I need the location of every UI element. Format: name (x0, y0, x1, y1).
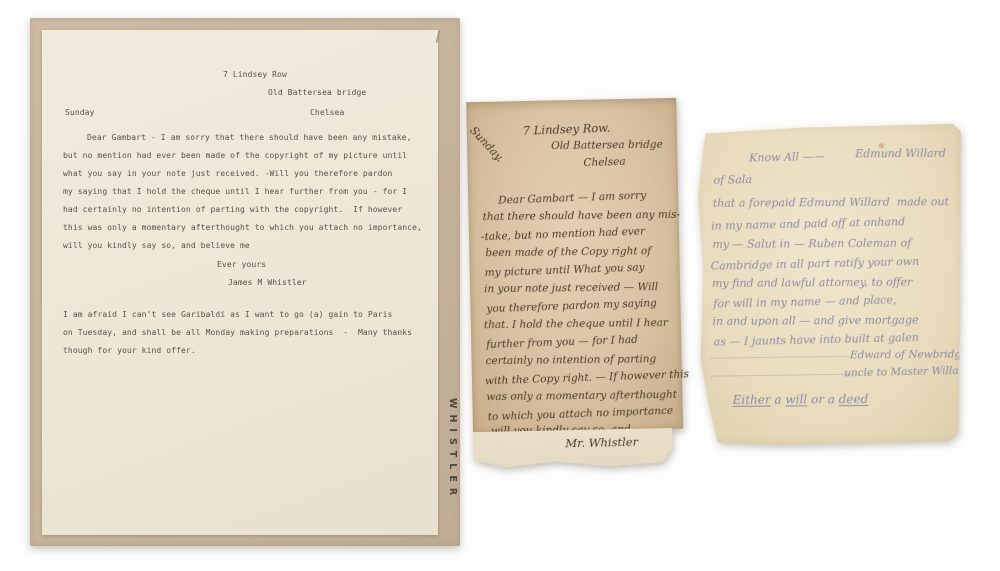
attorney-body-line: in and upon all — and give mortgage (712, 313, 918, 327)
manuscript-body-line: further from you — for I had (486, 334, 638, 351)
typed-transcript-page: 7 Lindsey Row Old Battersea bridge Sunda… (42, 30, 438, 535)
attorney-footer-text: a (771, 393, 786, 407)
typed-postscript-line: I am afraid I can't see Garibaldi as I w… (63, 310, 392, 319)
manuscript-body-line: in your note just received — Will (484, 281, 658, 295)
attorney-body-line: as — I jaunts have into built at galen (714, 331, 919, 349)
attorney-body-line: for will in my name — and place, (713, 293, 896, 310)
attorney-footer-word: Either (733, 393, 771, 407)
manuscript-address-line: Chelsea (583, 156, 626, 169)
manuscript-signature: Mr. Whistler (565, 435, 638, 451)
attorney-footer: Either a will or a deed (733, 392, 869, 407)
manuscript-body-line: -take, but no mention had ever (481, 225, 645, 243)
attorney-body-line: Cambridge in all part ratify your own (711, 255, 920, 273)
attorney-note-page: Know All —— Edmund Willard of Sala that … (695, 122, 965, 446)
attorney-signature-line: Edward of Newbridge, (850, 348, 971, 361)
manuscript-body-line: Dear Gambart — I am sorry (498, 189, 646, 206)
typed-address-line: 7 Lindsey Row (223, 70, 287, 79)
typed-closing: Ever yours (217, 260, 266, 269)
typed-body-line: had certainly no intention of parting wi… (63, 205, 402, 214)
mount-vertical-label: WHISTLER (440, 398, 458, 543)
typed-signature: James M Whistler (228, 278, 307, 287)
manuscript-page: 7 Lindsey Row. Old Battersea bridge Chel… (466, 98, 683, 433)
attorney-footer-word: will (785, 392, 807, 406)
typed-body-line: Dear Gambart - I am sorry that there sho… (87, 133, 411, 142)
typed-address-line: Old Battersea bridge (268, 88, 366, 97)
typed-body-line: will you kindly say so, and believe me (63, 241, 250, 250)
manuscript-body-line: you therefore pardon my saying (486, 297, 657, 315)
attorney-body-line: in my name and paid off at onhand (711, 215, 905, 232)
typed-address-line: Chelsea (310, 108, 344, 117)
manuscript-body-line: my picture until What you say (485, 261, 645, 279)
attorney-signature-line: uncle to Master Willard (844, 365, 970, 380)
attorney-body-line: that a forepaid Edmund Willard made out (713, 195, 949, 210)
manuscript-signature-slip: Mr. Whistler (473, 428, 673, 469)
manuscript-address-line: Old Battersea bridge (551, 139, 663, 152)
manuscript-address-line: 7 Lindsey Row. (523, 121, 611, 138)
faint-rule-line (710, 374, 860, 377)
attorney-footer-text: or a (807, 392, 839, 406)
photograph-of-letters: 7 Lindsey Row Old Battersea bridge Sunda… (0, 0, 1000, 571)
typed-body-line: but no mention had ever been made of the… (63, 151, 407, 160)
attorney-heading-right: Edmund Willard (855, 147, 946, 161)
attorney-note: Know All —— Edmund Willard of Sala that … (695, 122, 965, 446)
manuscript-body-line: been made of the Copy right of (485, 245, 651, 259)
manuscript-body-line: that. I hold the cheque until I hear (484, 317, 668, 331)
manuscript-body-line: to which you attach no importance (488, 405, 674, 423)
attorney-heading-left: Know All —— (749, 150, 825, 165)
typed-body-line: my saying that I hold the cheque until I… (63, 187, 407, 196)
manuscript-letter: 7 Lindsey Row. Old Battersea bridge Chel… (466, 98, 684, 469)
typed-day: Sunday (65, 108, 95, 117)
mount-board: 7 Lindsey Row Old Battersea bridge Sunda… (30, 18, 460, 546)
attorney-footer-word: deed (839, 392, 869, 406)
typed-body-line: what you say in your note just received.… (63, 169, 392, 178)
manuscript-body-line: was only a momentary afterthought (486, 389, 677, 403)
attorney-body-line: my find and lawful attorney, to offer (712, 276, 912, 290)
manuscript-body-line: certainly no intention of parting (486, 353, 657, 367)
faint-rule-line (710, 356, 850, 359)
attorney-subheading: of Sala (713, 173, 752, 187)
manuscript-body-line: with the Copy right. — If however this (485, 368, 689, 387)
manuscript-body-line: that there should have been any mis- (483, 209, 681, 223)
manuscript-day: Sunday. (467, 124, 506, 165)
typed-postscript-line: though for your kind offer. (63, 346, 196, 355)
typed-body-line: this was only a momentary afterthought t… (63, 223, 422, 232)
typed-postscript-line: on Tuesday, and shall be all Monday maki… (63, 328, 412, 337)
attorney-body-line: my — Salut in — Ruben Coleman of (712, 237, 911, 251)
